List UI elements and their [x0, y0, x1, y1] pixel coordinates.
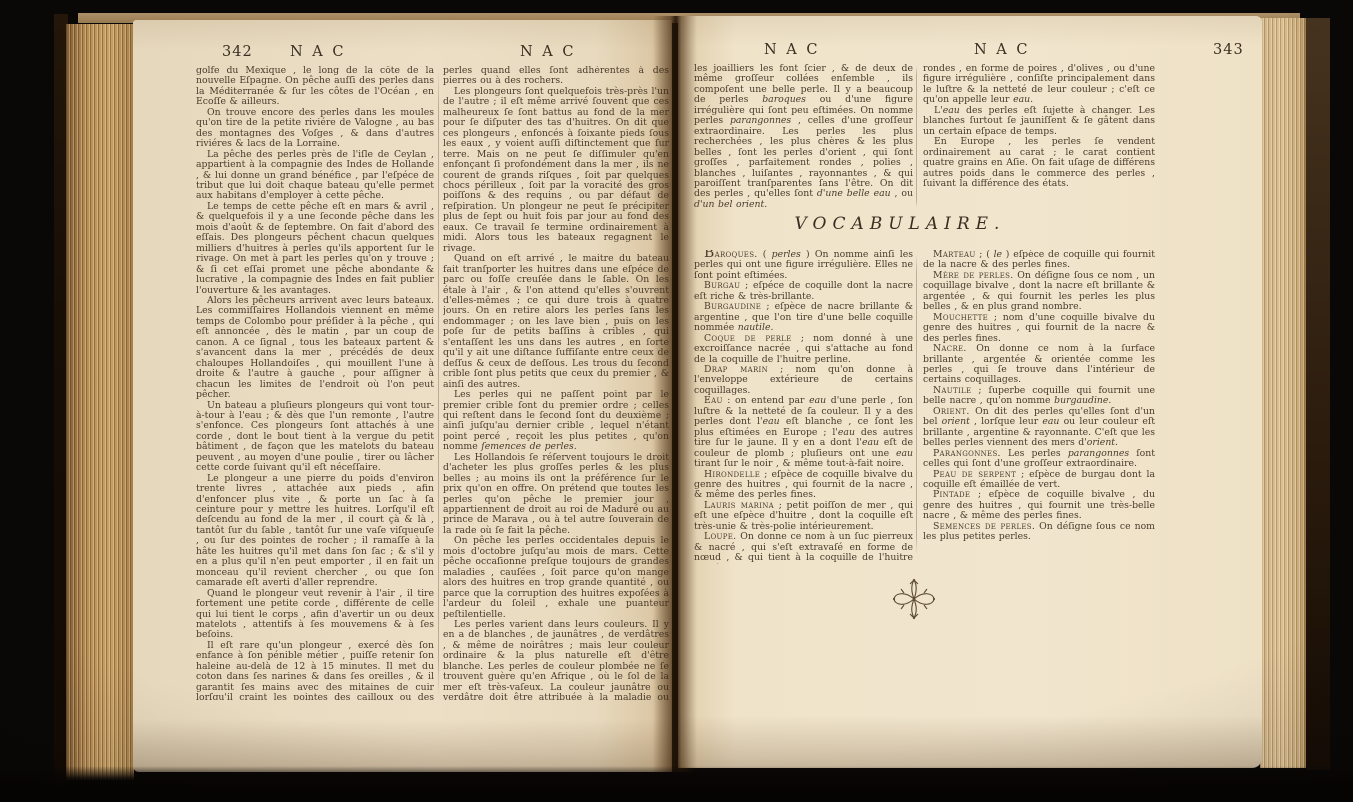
running-head-nac-right-col1: N A C	[732, 42, 852, 58]
vocabulary-term: Pintade	[933, 489, 970, 500]
paragraph: les joailliers les font ſcier , & de deu…	[694, 64, 913, 209]
paragraph: Les Hollandois ſe réſervent toujours le …	[443, 453, 669, 537]
vocabulary-heading: VOCABULAIRE.	[780, 214, 1020, 234]
vocabulary-entry: Orient. On dit des perles qu'elles ſont …	[923, 407, 1155, 449]
vocabulary-entry: Semences de perles. On déſigne ſous ce n…	[923, 522, 1155, 543]
vocabulary-entry: Nacre. On donne ce nom à la ſurface bril…	[923, 344, 1155, 386]
running-head-nac-left-col2: N A C	[488, 44, 608, 60]
vocabulary-entry: Mouchette ; nom d'une coquille bivalve d…	[923, 313, 1155, 344]
vocabulary-entry: Loupe. On donne ce nom à un ſuc pierreux…	[694, 532, 913, 564]
right-page: N A C N A C 343 les joailliers les font …	[678, 16, 1262, 768]
left-page-edge-stack	[66, 24, 134, 780]
column-rule	[438, 70, 439, 698]
paragraph: golfe du Mexique , le long de la côte de…	[196, 66, 434, 108]
vocabulary-term: Eau	[704, 395, 723, 406]
vocabulary-term: Mouchette	[933, 312, 988, 323]
vocabulary-entry: Mère de perles. On déſigne ſous ce nom ,…	[923, 271, 1155, 313]
paragraph: On trouve encore des perles dans les mou…	[196, 108, 434, 150]
vocabulary-entry: Hirondelle ; eſpèce de coquille bivalve …	[694, 470, 913, 501]
vocabulary-entry: Nautile ; ſuperbe coquille qui fournit u…	[923, 386, 1155, 407]
paragraph: Le plongeur a une pierre du poids d'envi…	[196, 474, 434, 589]
vocabulary-entry: Peau de serpent ; eſpèce de burgau dont …	[923, 470, 1155, 491]
fleuron-ornament-icon	[890, 578, 938, 620]
paragraph: rondes , en forme de poires , d'olives ,…	[923, 64, 1155, 106]
paragraph: Un bateau a pluſieurs plongeurs qui vont…	[196, 401, 434, 474]
right-page-column-2: rondes , en forme de poires , d'olives ,…	[923, 64, 1155, 209]
right-book-cover	[1306, 18, 1330, 770]
vocabulary-term: Loupe.	[704, 531, 736, 542]
left-page-column-2: perles quand elles ſont adhérentes à des…	[443, 66, 669, 700]
left-page: 342 N A C N A C golfe du Mexique , le lo…	[133, 20, 672, 772]
vocabulary-entry: Baroques. ( perles ) On nomme ainſi les …	[694, 250, 913, 281]
vocabulary-term: Parangonnes.	[933, 448, 1001, 459]
paragraph: Le temps de cette pêche eſt en mars & av…	[196, 202, 434, 296]
vocabulary-entry: Pintade ; eſpèce de coquille bivalve , d…	[923, 490, 1155, 521]
vocabulary-entry: Parangonnes. Les perles parangonnes ſont…	[923, 449, 1155, 470]
running-head-nac-right-col2: N A C	[942, 42, 1062, 58]
vocabulary-term: Marteau	[933, 250, 976, 260]
vocabulary-entry: Eau : on entend par eau d'une perle , ſo…	[694, 396, 913, 469]
vocabulary-term: Drap marin	[704, 364, 768, 375]
vocabulary-term: Peau de serpent	[933, 469, 1016, 480]
drop-capital: B	[704, 250, 715, 261]
paragraph: Les perles varient dans leurs couleurs. …	[443, 620, 669, 700]
paragraph: Quand le plongeur veut revenir à l'air ,…	[196, 589, 434, 641]
paragraph: En Europe , les perles ſe vendent ordina…	[923, 137, 1155, 189]
running-head-nac-left-col1: N A C	[258, 44, 378, 60]
vocabulary-term: Baroques.	[704, 250, 758, 260]
vocabulary-term: Nautile	[933, 385, 971, 396]
vocabulary-entry: Burgaudine ; eſpèce de nacre brillante &…	[694, 302, 913, 333]
vocabulary-entry: Burgau ; eſpéce de coquille dont la nacr…	[694, 281, 913, 302]
paragraph: Alors les pêcheurs arrivent avec leurs b…	[196, 296, 434, 401]
paragraph: Quand on eſt arrivé , le maitre du batea…	[443, 254, 669, 390]
page-number-343: 343	[1213, 42, 1244, 58]
column-rule	[916, 254, 917, 554]
vocabulary-entry: Coque de perle ; nom donné à une excroiſ…	[694, 334, 913, 365]
vocabulary-entry: Marteau ; ( le ) eſpèce de coquille qui …	[923, 250, 1155, 271]
vocabulary-entry: Lauris marina ; petit poiſſon de mer , q…	[694, 501, 913, 532]
vocabulary-entry: Drap marin ; nom qu'on donne à l'envelop…	[694, 365, 913, 396]
vocabulary-term: Lauris marina	[704, 500, 774, 511]
bottom-shadow	[0, 766, 1353, 802]
vocabulary-term: Mère de perles.	[933, 270, 1013, 281]
vocabulary-column-1: Baroques. ( perles ) On nomme ainſi les …	[694, 250, 913, 564]
vocabulary-term: Semences de perles.	[933, 521, 1035, 532]
paragraph: On pêche les perles occidentales depuis …	[443, 536, 669, 620]
left-page-column-1: golfe du Mexique , le long de la côte de…	[196, 66, 434, 700]
right-page-column-1: les joailliers les font ſcier , & de deu…	[694, 64, 913, 209]
right-page-edge-stack	[1260, 18, 1308, 768]
paragraph: L'eau des perles eſt ſujette à changer. …	[923, 106, 1155, 137]
vocabulary-term: Orient.	[933, 406, 970, 417]
paragraph: perles quand elles ſont adhérentes à des…	[443, 66, 669, 87]
paragraph: La pêche des perles près de l'iſle de Ce…	[196, 150, 434, 202]
column-rule	[916, 66, 917, 208]
vocabulary-column-2: Marteau ; ( le ) eſpèce de coquille qui …	[923, 250, 1155, 564]
vocabulary-term: Burgau	[704, 280, 740, 291]
vocabulary-term: Nacre.	[933, 343, 967, 354]
page-number-342: 342	[222, 44, 253, 60]
paragraph: Il eſt rare qu'un plongeur , exercé dès …	[196, 641, 434, 700]
photo-of-open-book: 342 N A C N A C golfe du Mexique , le lo…	[0, 0, 1353, 802]
book-gutter-shadow	[653, 16, 697, 772]
paragraph: Les perles qui ne paſſent point par le p…	[443, 390, 669, 453]
vocabulary-term: Hirondelle	[704, 469, 760, 480]
vocabulary-term: Burgaudine	[704, 301, 761, 312]
vocabulary-term: Coque de perle	[704, 333, 792, 344]
paragraph: Les plongeurs ſont quelquefois très-près…	[443, 87, 669, 254]
